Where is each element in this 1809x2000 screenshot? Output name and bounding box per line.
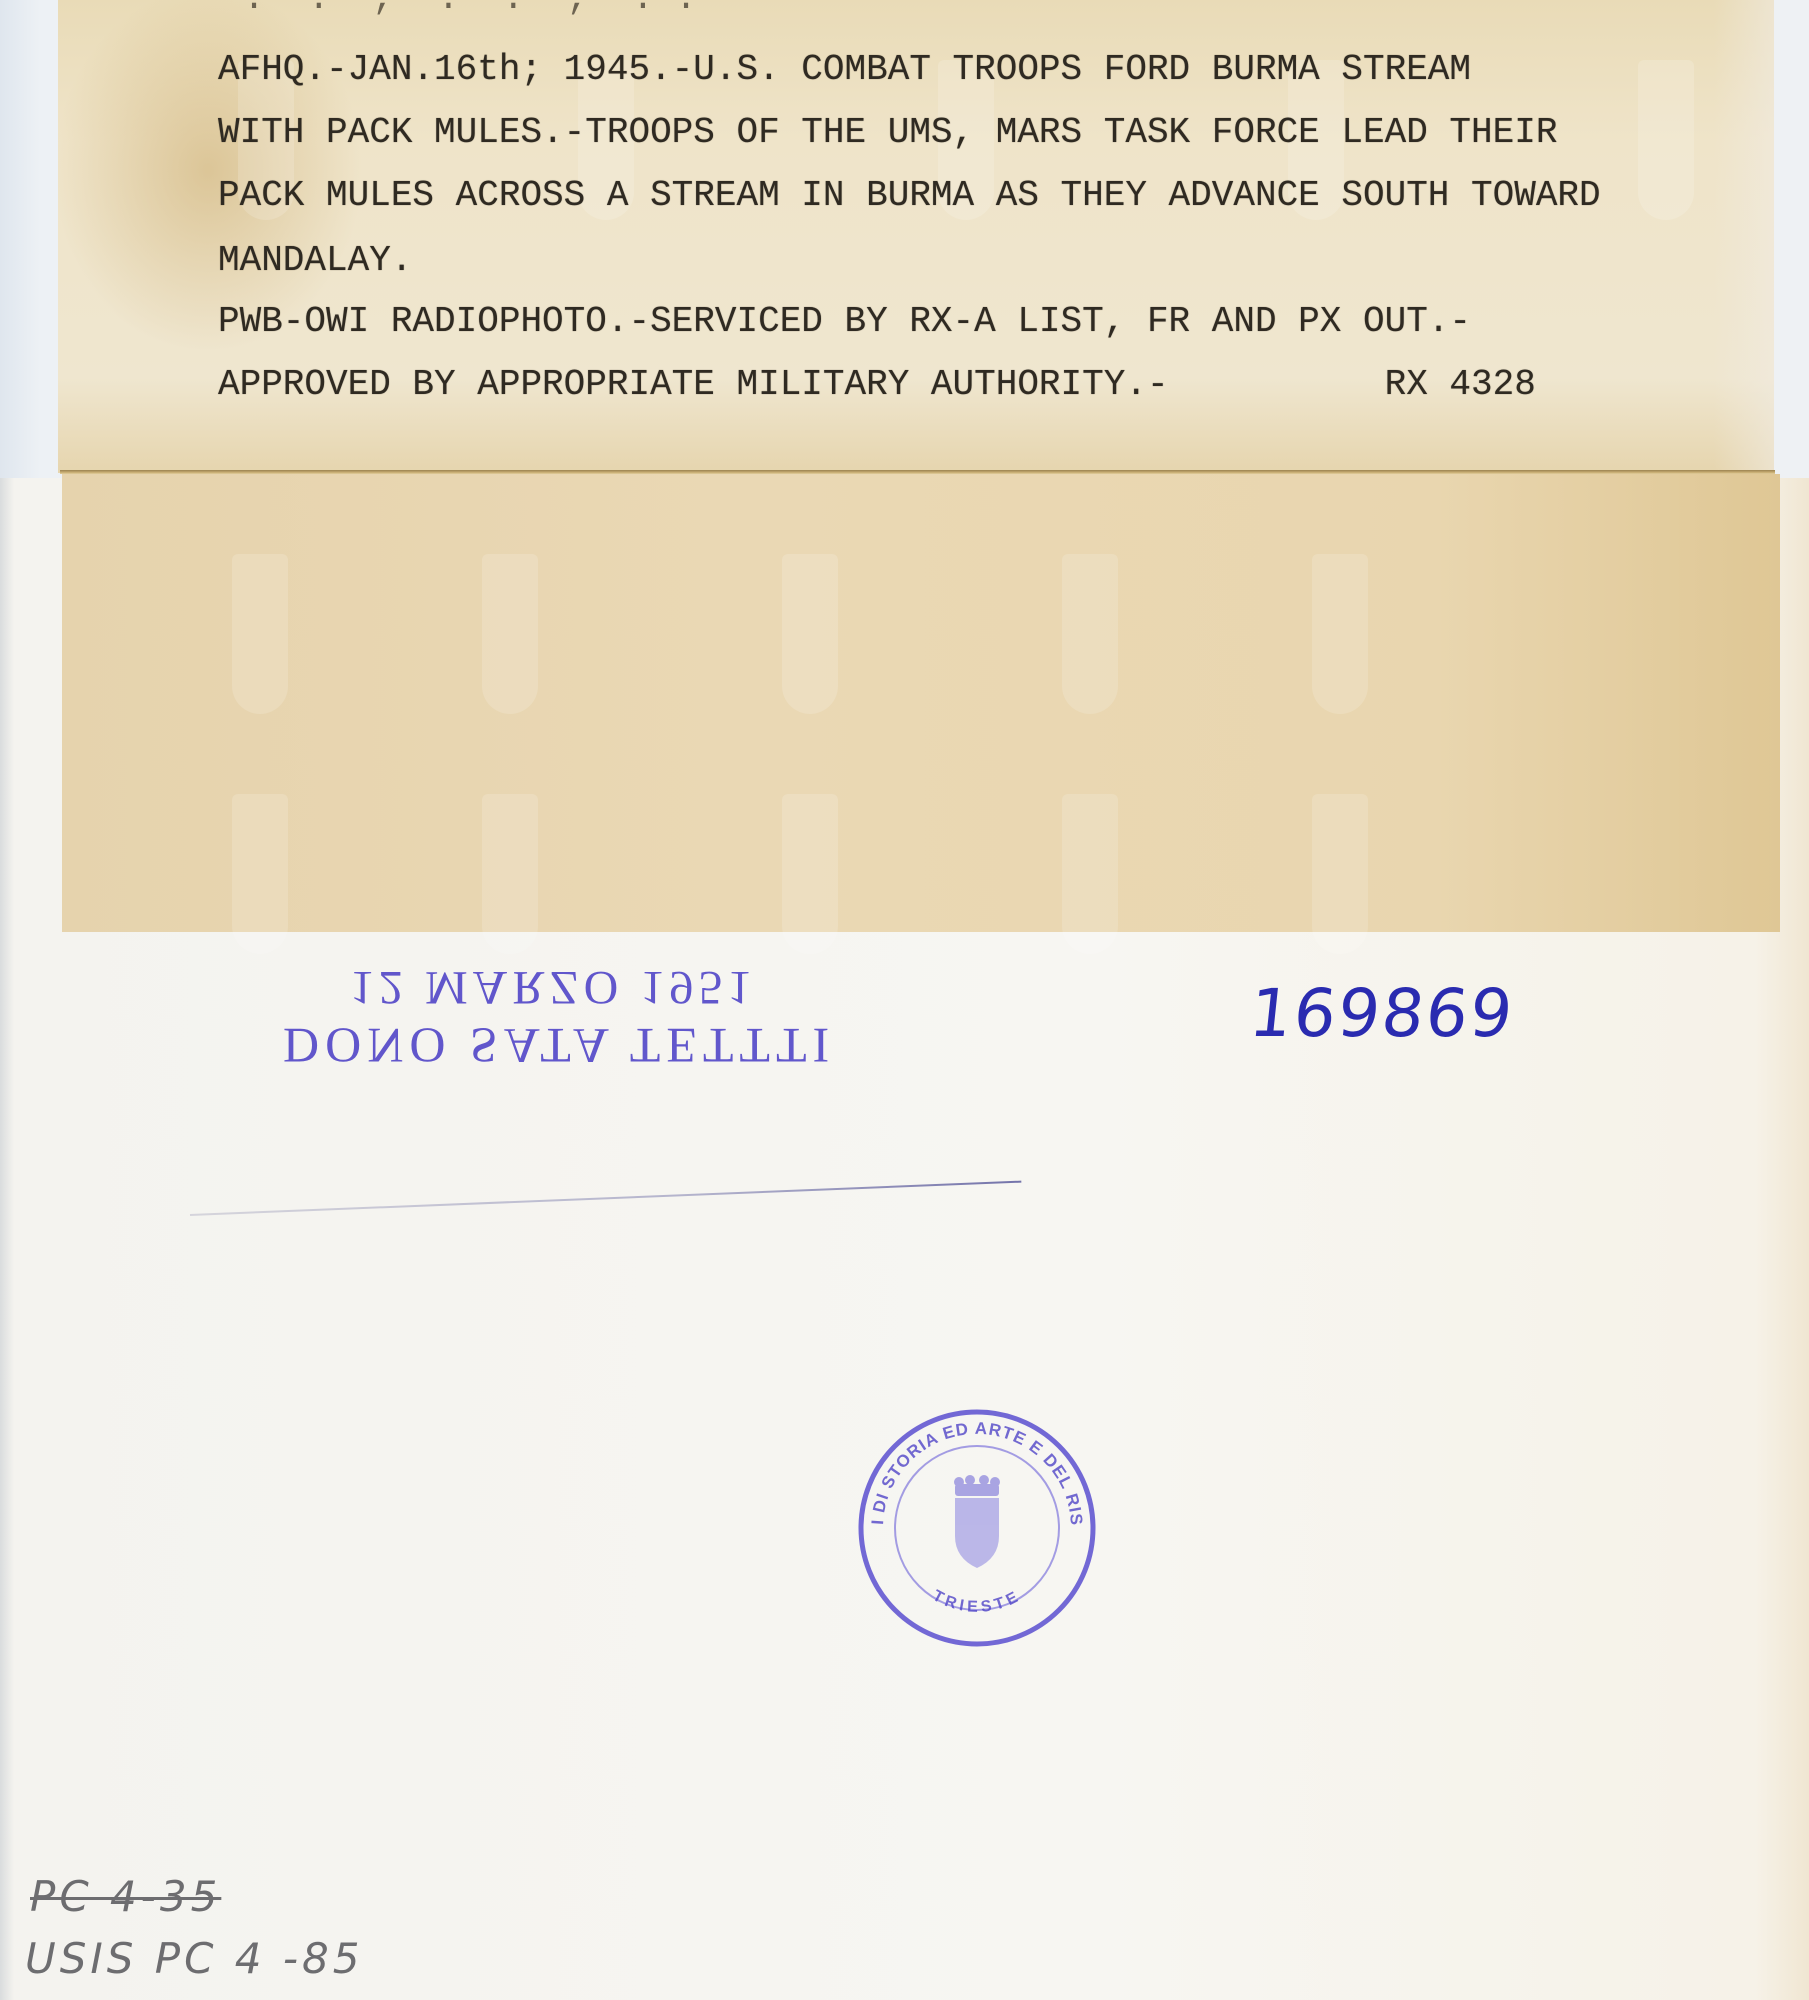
seal-city-text: TRIESTE	[930, 1587, 1025, 1616]
caption-line-2: WITH PACK MULES.-TROOPS OF THE UMS, MARS…	[218, 115, 1557, 151]
watermark-shape	[1312, 794, 1368, 954]
watermark-shape	[782, 554, 838, 714]
watermark-shape	[1062, 554, 1118, 714]
caption-line-4: MANDALAY.	[218, 243, 412, 279]
watermark-shape	[1638, 60, 1694, 220]
watermark-shape	[232, 794, 288, 954]
museum-seal-stamp: MUSEI CIVICI DI STORIA ED ARTE E DEL RIS…	[855, 1406, 1099, 1650]
watermark-shape	[482, 794, 538, 954]
catalog-number: 169869	[1246, 975, 1518, 1052]
watermark-shape	[232, 554, 288, 714]
caption-line-1: AFHQ.-JAN.16th; 1945.-U.S. COMBAT TROOPS…	[218, 52, 1471, 88]
watermark-shape	[1062, 794, 1118, 954]
svg-text:TRIESTE: TRIESTE	[930, 1587, 1025, 1616]
caption-clipping-lower-fold	[62, 474, 1780, 932]
watermark-shape	[782, 794, 838, 954]
date-stamp: 12 MARZO 1951	[350, 960, 756, 1015]
caption-line-3: PACK MULES ACROSS A STREAM IN BURMA AS T…	[218, 178, 1601, 214]
old-reference-code: PC 4-35	[30, 1872, 221, 1921]
donor-stamp: DONO SATA TETTTI	[283, 1017, 835, 1075]
crowned-shield-icon	[954, 1475, 1000, 1568]
watermark-shape	[1312, 554, 1368, 714]
caption-line-6: APPROVED BY APPROPRIATE MILITARY AUTHORI…	[218, 367, 1536, 403]
reference-code: USIS PC 4 -85	[25, 1934, 363, 1983]
caption-line-5: PWB-OWI RADIOPHOTO.-SERVICED BY RX-A LIS…	[218, 304, 1471, 340]
cutoff-text-fragment: . . , . . , . .	[200, 0, 697, 19]
watermark-shape	[482, 554, 538, 714]
